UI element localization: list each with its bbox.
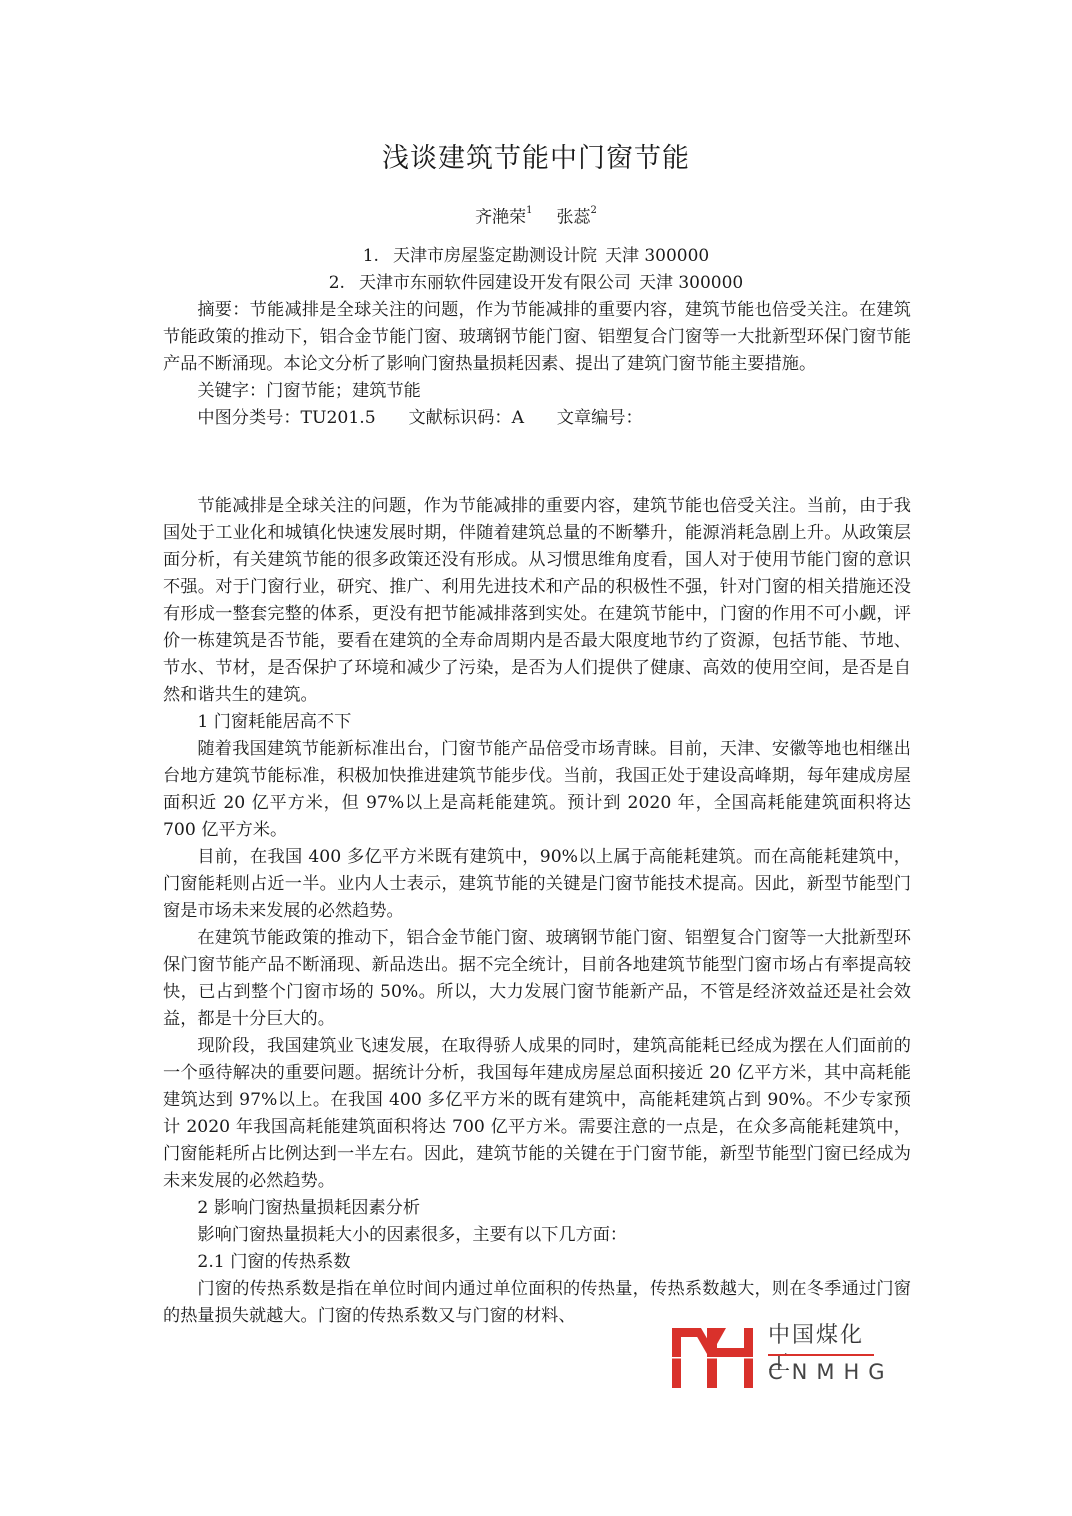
affiliation-org: 天津市东丽软件园建设开发有限公司 (359, 273, 631, 293)
classification-row: 中图分类号：TU201.5 文献标识码：A 文章编号： (163, 405, 911, 432)
clc-number: 中图分类号：TU201.5 (197, 408, 375, 428)
paragraph: 在建筑节能政策的推动下，铝合金节能门窗、玻璃钢节能门窗、铝塑复合门窗等一大批新型… (163, 925, 911, 1033)
paragraph: 影响门窗热量损耗大小的因素很多，主要有以下几方面： (163, 1222, 911, 1249)
subsection-heading: 2.1 门窗的传热系数 (163, 1249, 911, 1276)
author-name: 张蕊 (557, 208, 591, 228)
keywords: 关键字：门窗节能；建筑节能 (163, 378, 911, 405)
section-heading: 2 影响门窗热量损耗因素分析 (163, 1195, 911, 1222)
affiliation-city: 天津 300000 (605, 246, 709, 266)
author-list: 齐滟荣1张蕊2 (0, 202, 1072, 230)
author-affiliation-mark: 1 (526, 205, 532, 216)
paragraph: 随着我国建筑节能新标准出台，门窗节能产品倍受市场青睐。目前，天津、安徽等地也相继… (163, 736, 911, 844)
author-affiliation-mark: 2 (591, 205, 597, 216)
paragraph: 现阶段，我国建筑业飞速发展，在取得骄人成果的同时，建筑高能耗已经成为摆在人们面前… (163, 1033, 911, 1195)
mh-logo-icon (670, 1322, 760, 1388)
affiliation-2: 2.天津市东丽软件园建设开发有限公司天津 300000 (0, 271, 1072, 295)
author-name: 齐滟荣 (475, 208, 526, 228)
watermark-divider (768, 1354, 874, 1356)
affiliation-org: 天津市房屋鉴定勘测设计院 (393, 246, 597, 266)
body-text: 节能减排是全球关注的问题，作为节能减排的重要内容，建筑节能也倍受关注。当前，由于… (163, 493, 911, 1330)
document-page: 浅谈建筑节能中门窗节能 齐滟荣1张蕊2 1.天津市房屋鉴定勘测设计院天津 300… (0, 0, 1072, 1516)
paper-title: 浅谈建筑节能中门窗节能 (0, 142, 1072, 176)
document-code: 文献标识码：A (408, 408, 524, 428)
paragraph: 目前，在我国 400 多亿平方米既有建筑中，90%以上属于高能耗建筑。而在高能耗… (163, 844, 911, 925)
affiliation-1: 1.天津市房屋鉴定勘测设计院天津 300000 (0, 244, 1072, 268)
watermark-logo: 中国煤化工 CNMHG (670, 1322, 880, 1388)
paragraph: 节能减排是全球关注的问题，作为节能减排的重要内容，建筑节能也倍受关注。当前，由于… (163, 493, 911, 709)
front-matter: 摘要：节能减排是全球关注的问题，作为节能减排的重要内容，建筑节能也倍受关注。在建… (163, 297, 911, 432)
section-heading: 1 门窗耗能居高不下 (163, 709, 911, 736)
affiliation-city: 天津 300000 (639, 273, 743, 293)
article-number: 文章编号： (557, 408, 643, 428)
abstract: 摘要：节能减排是全球关注的问题，作为节能减排的重要内容，建筑节能也倍受关注。在建… (163, 297, 911, 378)
watermark-text-en: CNMHG (768, 1359, 894, 1385)
